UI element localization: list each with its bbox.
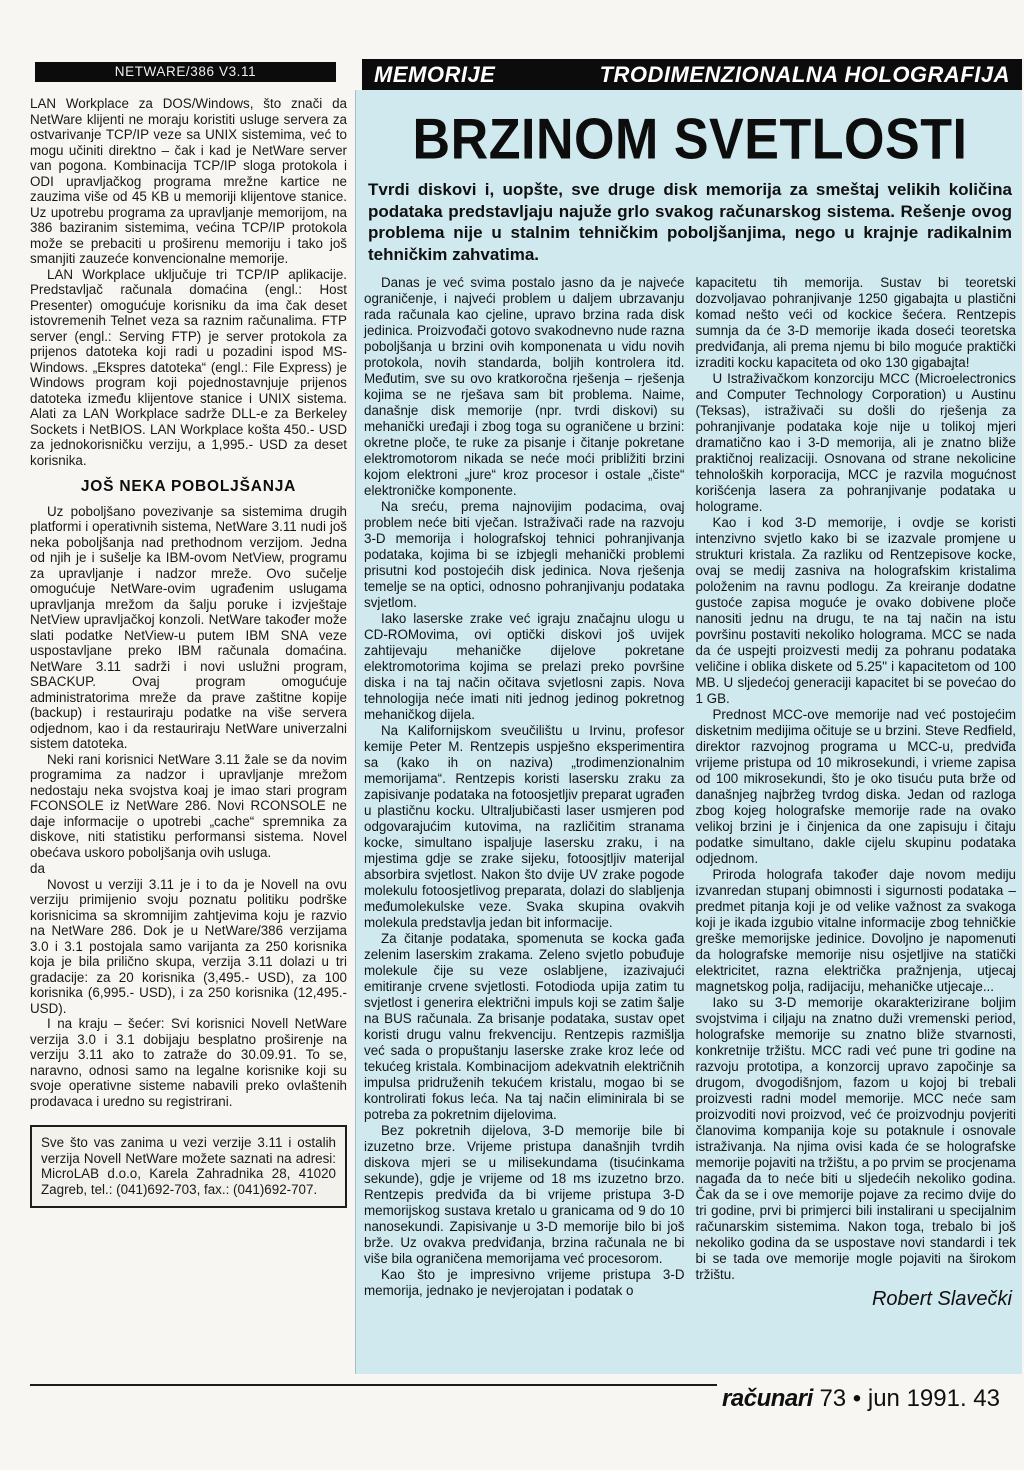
article-paragraph: Danas je već svima postalo jasno da je n… [364,275,685,499]
contact-info-box: Sve što vas zanima u vezi verzije 3.11 i… [30,1125,347,1208]
left-paragraph: Novost u verziji 3.11 je i to da je Nove… [30,877,347,1017]
footer-divider [30,1384,717,1386]
article-paragraph: Priroda holografa također daje novom med… [696,867,1017,995]
magazine-page: NETWARE/386 V3.11 MEMORIJE TRODIMENZIONA… [0,0,1024,1470]
article-paragraph: Bez pokretnih dijelova, 3-D memorije bil… [364,1123,685,1267]
main-article-panel: BRZINOM SVETLOSTI Tvrdi diskovi i, uopšt… [355,90,1022,1374]
article-paragraph: Prednost MCC-ove memorije nad već postoj… [696,707,1017,867]
article-title: BRZINOM SVETLOSTI [357,106,1022,172]
article-paragraph: Iako su 3-D memorije okarakterizirane bo… [696,995,1017,1283]
article-paragraph: Na sreću, prema najnovijim podacima, ova… [364,499,685,611]
left-paragraph: LAN Workplace uključuje tri TCP/IP aplik… [30,267,347,469]
article-lead: Tvrdi diskovi i, uopšte, sve druge disk … [364,179,1016,265]
article-paragraph: Kao i kod 3-D memorije, i ovdje se koris… [696,515,1017,707]
article-paragraph: Iako laserske zrake već igraju značajnu … [364,611,685,723]
section-tag-bar: MEMORIJE TRODIMENZIONALNA HOLOGRAFIJA [362,59,1022,90]
article-paragraph: Za čitanje podataka, spomenuta se kocka … [364,931,685,1123]
article-column-2: kapacitetu tih memorija. Sustav bi teore… [696,275,1017,1307]
article-paragraph: Na Kalifornijskom sveučilištu u Irvinu, … [364,723,685,931]
left-paragraph: LAN Workplace za DOS/Windows, što znači … [30,96,347,267]
magazine-logo: računari [722,1385,813,1412]
topic-tag-label: TRODIMENZIONALNA HOLOGRAFIJA [600,62,1010,88]
article-columns: Danas je već svima postalo jasno da je n… [364,275,1016,1307]
page-footer: računari 73 • jun 1991. 43 [722,1385,1000,1413]
article-paragraph: kapacitetu tih memorija. Sustav bi teore… [696,275,1017,371]
netware-tag-label: NETWARE/386 V3.11 [115,64,257,79]
contact-info-text: Sve što vas zanima u vezi verzije 3.11 i… [41,1135,336,1197]
section-heading: JOŠ NEKA POBOLJŠANJA [30,479,347,495]
footer-issue-info: 73 • jun 1991. 43 [819,1385,1000,1412]
left-paragraph: da [30,861,347,877]
section-tag-label: MEMORIJE [374,62,495,88]
left-article-column: LAN Workplace za DOS/Windows, što znači … [30,96,347,1208]
left-paragraph: I na kraju – šećer: Svi korisnici Novell… [30,1016,347,1109]
author-byline: Robert Slavečki [696,1291,1017,1307]
article-paragraph: Kao što je impresivno vrijeme pristupa 3… [364,1267,685,1299]
netware-tag-bar: NETWARE/386 V3.11 [35,62,336,82]
article-paragraph: U Istraživačkom konzorciju MCC (Microele… [696,371,1017,515]
left-paragraph: Uz poboljšano povezivanje sa sistemima d… [30,504,347,752]
article-column-1: Danas je već svima postalo jasno da je n… [364,275,685,1307]
left-paragraph: Neki rani korisnici NetWare 3.11 žale se… [30,752,347,861]
